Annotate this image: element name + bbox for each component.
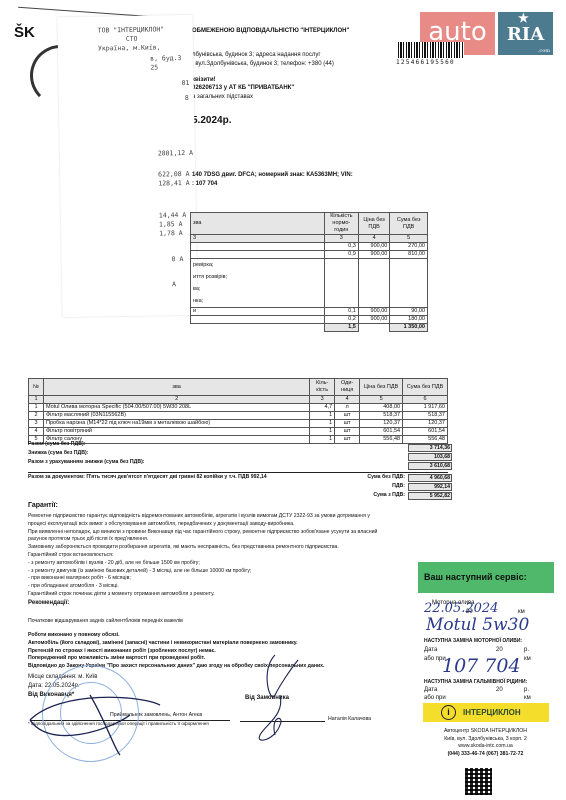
receipt-amount: 2801,12 А xyxy=(158,149,193,158)
handwritten-date: 22.05.2024 xyxy=(424,601,498,616)
cell-qty: 1 xyxy=(310,436,335,444)
recommendations-title: Рекомендації: xyxy=(28,600,69,606)
receipt-amount: 14,44 А xyxy=(159,211,187,219)
warranty-line: - при обладнанні атомобіля - 3 місяці. xyxy=(28,583,423,591)
info-icon: i xyxy=(441,705,456,720)
index-cell: 5 xyxy=(390,235,428,243)
table-row: 0,9900,00810,00 xyxy=(191,251,428,259)
index-cell: 4 xyxy=(358,235,390,243)
next-brake-fluid-title: НАСТУПНА ЗАМІНА ГАЛЬМІВНОЇ РІДИНИ: xyxy=(424,679,527,685)
statement-line: Автомобіль (його складові), замінені (за… xyxy=(28,640,325,648)
handwritten-oil: Motul 5w30 xyxy=(426,615,529,635)
year-prefix: 20 xyxy=(496,687,503,693)
cell-name: иття розвірів; xyxy=(191,271,325,283)
col-qty: Кіль-кість xyxy=(310,379,335,396)
cell-name: Пробка нарізна (M14*22 під ключ на19мм з… xyxy=(43,420,309,428)
cell-hours xyxy=(324,271,358,283)
warranty-line: - з ремонту двигунів (із заміною базових… xyxy=(28,568,423,576)
col-sum: Сума без ПДВ xyxy=(390,213,428,235)
cell-name: ревірка; xyxy=(191,259,325,272)
index-cell: 4 xyxy=(335,396,360,404)
cell-sum xyxy=(390,283,428,295)
cell-name xyxy=(191,316,325,324)
cell-sum: 518,37 xyxy=(403,412,448,420)
brand-logo-text: ŠK xyxy=(14,24,35,41)
index-cell: 5 xyxy=(360,396,403,404)
cell-price: 900,00 xyxy=(358,308,390,316)
doc-total-label: ПДВ: xyxy=(340,483,405,489)
dealer-website[interactable]: www.skoda-intc.com.ua xyxy=(418,743,553,751)
index-cell: 2 xyxy=(43,396,309,404)
col-unit: Оди-ниця xyxy=(335,379,360,396)
cell-sum: 90,00 xyxy=(390,308,428,316)
cell-unit: шт xyxy=(335,420,360,428)
bank-details: 026206713 у АТ КБ "ПРИВАТБАНК" xyxy=(192,85,294,91)
cell-sum: 180,00 xyxy=(390,316,428,324)
cell-n: 4 xyxy=(29,428,44,436)
table-row: и0,1900,0090,00 xyxy=(191,308,428,316)
summary-value: 3 610,68 xyxy=(408,462,452,470)
index-cell: 3 xyxy=(191,235,325,243)
doc-total-label: Сума без ПДВ: xyxy=(340,474,405,480)
cell-hours xyxy=(324,295,358,308)
cell-sum: 120,37 xyxy=(403,420,448,428)
cell-qty: 1 xyxy=(310,412,335,420)
cell-hours: 0,2 xyxy=(324,316,358,324)
cell-unit: л xyxy=(335,404,360,412)
date-label: Дата xyxy=(424,647,437,653)
cell-qty: 1 xyxy=(310,420,335,428)
cell-hours: 0,3 xyxy=(324,243,358,251)
barcode-number: 125466195560 xyxy=(396,59,455,66)
fiscal-receipt: ТОВ "ІНТЕРЦИКЛОН" СТО Україна, м.Київ, в… xyxy=(57,15,197,317)
cell-unit: шт xyxy=(335,412,360,420)
works-table: зва Кількість нормо-годин Ціна без ПДВ С… xyxy=(190,212,428,332)
next-oil-change-title: НАСТУПНА ЗАМІНА МОТОРНОЇ ОЛИВИ: xyxy=(424,638,522,644)
cell-sum: 556,48 xyxy=(403,436,448,444)
brand-name: ІНТЕРЦИКЛОН xyxy=(463,708,521,717)
service-card: Ваш наступний сервіс: Моторна олива 20 к… xyxy=(418,545,566,800)
cell-hours xyxy=(324,283,358,295)
address-line-1: лбунівська, будинок 3; адреса надання по… xyxy=(192,52,321,58)
date-label: Дата xyxy=(424,687,437,693)
totals-row: 1,51 350,00 xyxy=(191,324,428,332)
cell-qty: 1 xyxy=(310,428,335,436)
recommendation-text: Початкове відшарування задніх сайлентбло… xyxy=(28,618,183,624)
cell-unit: шт xyxy=(335,428,360,436)
total-hours: 1,5 xyxy=(324,324,358,332)
year-prefix: 20 xyxy=(496,647,503,653)
summary-value: 3 714,36 xyxy=(408,444,452,452)
cell-price: 556,48 xyxy=(360,436,403,444)
table-row: 2Фільтр масляний (03N115562B)1шт518,3751… xyxy=(29,412,448,420)
tax-status: а загальних підставах xyxy=(192,94,253,100)
cell-price xyxy=(358,271,390,283)
cell-hours xyxy=(324,259,358,272)
cell-sum: 270,00 xyxy=(390,243,428,251)
cell-qty: 4,7 xyxy=(310,404,335,412)
table-row: 3Пробка нарізна (M14*22 під ключ на19мм … xyxy=(29,420,448,428)
doc-total-value: 992,14 xyxy=(408,483,452,491)
qr-code xyxy=(465,768,492,795)
dealer-name: Автоцентр SKODA ІНТЕРЦИКЛОН xyxy=(418,728,553,736)
summary-label: Знижка (сума без ПДВ): xyxy=(28,450,88,456)
receipt-line: ТОВ "ІНТЕРЦИКЛОН" xyxy=(98,25,165,34)
requisites-title: квізити! xyxy=(192,77,216,83)
cell-name: Фільтр повітряний xyxy=(43,428,309,436)
doc-total-value: 4 960,68 xyxy=(408,474,452,482)
table-row: нка; xyxy=(191,295,428,308)
receipt-amount: 0 А xyxy=(172,255,184,263)
cell-sum: 810,00 xyxy=(390,251,428,259)
cell-n: 1 xyxy=(29,404,44,412)
handwritten-km: 107 704 xyxy=(442,655,521,677)
warranty-line: процесі експлуатації всіх вимог з обслуг… xyxy=(28,521,423,529)
cell-unit: шт xyxy=(335,436,360,444)
doc-total-value: 5 952,82 xyxy=(408,492,452,500)
cell-price: 900,00 xyxy=(358,243,390,251)
or-at-label: або при xyxy=(424,695,446,701)
cell-price xyxy=(358,259,390,272)
barcode xyxy=(398,42,464,58)
cell-price: 408,00 xyxy=(360,404,403,412)
service-card-title: Ваш наступний сервіс: xyxy=(418,562,554,593)
km-label: км xyxy=(524,656,531,662)
cell-name xyxy=(191,251,325,259)
warranty-line: Гарантійний строк встановлюється: xyxy=(28,552,423,560)
star-icon: ★ xyxy=(518,12,529,24)
warranty-line: - при виконанні малярних робіт - 6 місяц… xyxy=(28,575,423,583)
watermark-ria-text: RIA xyxy=(507,24,544,45)
cell-sum: 1 917,60 xyxy=(403,404,448,412)
cell-name: Фільтр масляний (03N115562B) xyxy=(43,412,309,420)
col-number: № xyxy=(29,379,44,396)
cell-hours: 0,9 xyxy=(324,251,358,259)
receipt-amount: 128,41 А xyxy=(158,179,189,188)
receipt-line: 25 xyxy=(150,63,158,71)
company-name: ОБМЕЖЕНОЮ ВІДПОВІДАЛЬНІСТЮ "ІНТЕРЦИКЛОН" xyxy=(192,28,349,34)
summary-label: Разом з урахуванням знижки (сума без ПДВ… xyxy=(28,459,145,465)
brand-banner: i ІНТЕРЦИКЛОН xyxy=(423,703,549,722)
cell-name: и xyxy=(191,308,325,316)
warranty-line: Гарантійний строк починає діяти з момент… xyxy=(28,591,423,599)
index-cell: 3 xyxy=(324,235,358,243)
warranty-line: Ремонтне підприємство гарантує відповідн… xyxy=(28,513,423,521)
cell-price: 900,00 xyxy=(358,251,390,259)
col-hours: Кількість нормо-годин xyxy=(324,213,358,235)
summary-value: 103,68 xyxy=(408,453,452,461)
table-row: иття розвірів; xyxy=(191,271,428,283)
dealer-phones: (044) 333-46-74 (067) 381-72-72 xyxy=(418,751,553,759)
table-row: 1Motul Оливa моторна Specific (504.00/50… xyxy=(29,404,448,412)
cell-price: 518,37 xyxy=(360,412,403,420)
customer-name: Наталія Калачова xyxy=(328,716,371,722)
cell-name: нка; xyxy=(191,295,325,308)
cell-n: 2 xyxy=(29,412,44,420)
col-sum: Сума без ПДВ xyxy=(403,379,448,396)
index-cell: 3 xyxy=(310,396,335,404)
total-sum: 1 350,00 xyxy=(390,324,428,332)
cell-price xyxy=(358,295,390,308)
receipt-amount: 1,85 А xyxy=(159,220,183,228)
table-row: 4Фільтр повітряний1шт601,54601,54 xyxy=(29,428,448,436)
warranty-line: - з ремонту автомобілів і вузлів - 20 ді… xyxy=(28,560,423,568)
receipt-line: СТО xyxy=(126,35,138,43)
cell-sum: 601,54 xyxy=(403,428,448,436)
vehicle-mileage: : 107 704 xyxy=(192,181,217,187)
executor-signature xyxy=(20,690,170,760)
table-row: ревірка; xyxy=(191,259,428,272)
cell-price: 601,54 xyxy=(360,428,403,436)
warranty-line: рахунок протягом трьох діб після їх пред… xyxy=(28,536,423,544)
receipt-amount: 1,78 А xyxy=(159,229,183,237)
doc-total-label: Сума з ПДВ: xyxy=(340,492,405,498)
index-cell: 6 xyxy=(403,396,448,404)
document-date: 5.2024р. xyxy=(192,115,231,126)
year-suffix: р. xyxy=(524,687,529,693)
receipt-amount: А xyxy=(172,280,176,288)
cell-sum xyxy=(390,295,428,308)
cell-sum xyxy=(390,271,428,283)
address-line-2: , вул.Здолбунівська, будинок 3; телефон:… xyxy=(192,61,334,67)
parts-table: № зва Кіль-кість Оди-ниця Ціна без ПДВ С… xyxy=(28,378,448,444)
receipt-amount: 622,08 А xyxy=(158,170,189,179)
year-suffix: р. xyxy=(524,647,529,653)
warranty-line: Замовнику забороняється проводити розбир… xyxy=(28,544,423,552)
total-in-words: Разом за документом: П'ять тисяч дев'ятс… xyxy=(28,474,267,480)
cell-hours: 0,1 xyxy=(324,308,358,316)
receipt-mark: 01 xyxy=(181,79,189,87)
cell-name: Motul Оливa моторна Specific (504.00/507… xyxy=(43,404,309,412)
vehicle-info: 140 7DSG двиг. DFCA; номерний знак: КА53… xyxy=(192,172,353,178)
col-price: Ціна без ПДВ xyxy=(360,379,403,396)
index-cell: 1 xyxy=(29,396,44,404)
col-name: зва xyxy=(191,213,325,235)
table-row: 0,3900,00270,00 xyxy=(191,243,428,251)
table-row: 0,2900,00180,00 xyxy=(191,316,428,324)
cell-price: 120,37 xyxy=(360,420,403,428)
warranty-title: Гарантії: xyxy=(28,502,58,509)
km-label: км xyxy=(524,695,531,701)
warranty-line: При виявленні неполадок, що виникли з пр… xyxy=(28,529,423,537)
table-row: ва; xyxy=(191,283,428,295)
cell-name: ва; xyxy=(191,283,325,295)
dealer-address: Київ, вул. Здолбунівська, 3 корп. 2 xyxy=(418,736,553,744)
summary-label: Разом (сума без ПДВ): xyxy=(28,441,85,447)
cell-n: 3 xyxy=(29,420,44,428)
cell-price xyxy=(358,283,390,295)
statement-line: Роботи виконано у повному обсязі. xyxy=(28,632,325,640)
watermark-domain: .com xyxy=(538,47,550,55)
cell-name xyxy=(191,243,325,251)
cell-price: 900,00 xyxy=(358,316,390,324)
warranty-text: Ремонтне підприємство гарантує відповідн… xyxy=(28,513,423,599)
customer-signature xyxy=(250,650,310,745)
table-row: 5Фільтр салону1шт556,48556,48 xyxy=(29,436,448,444)
watermark-ria: ★ RIA .com xyxy=(498,12,553,55)
col-name: зва xyxy=(43,379,309,396)
cell-sum xyxy=(390,259,428,272)
col-price: Ціна без ПДВ xyxy=(358,213,390,235)
receipt-line: Україна, м.Київ, xyxy=(98,43,161,52)
receipt-line: в, буд.3 xyxy=(150,54,181,63)
receipt-mark: 8 xyxy=(185,94,189,102)
dealer-contacts: Автоцентр SKODA ІНТЕРЦИКЛОН Київ, вул. З… xyxy=(418,728,553,758)
